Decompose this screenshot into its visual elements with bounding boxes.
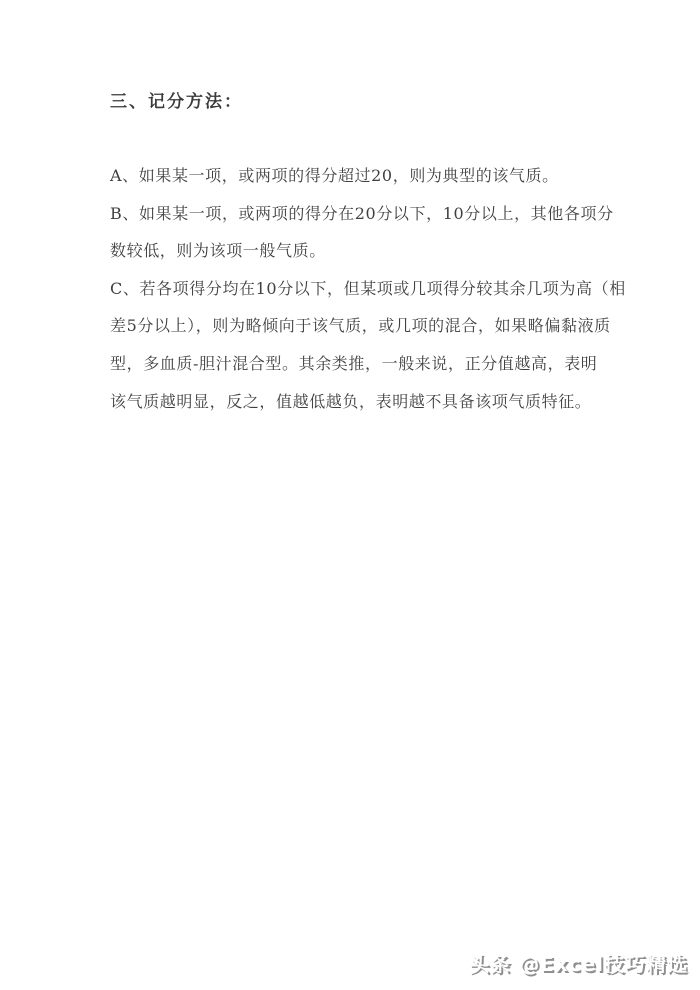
text-line: A、如果某一项，或两项的得分超过20，则为典型的该气质。 — [110, 157, 606, 195]
document-page: 三、记分方法： A、如果某一项，或两项的得分超过20，则为典型的该气质。 B、如… — [0, 0, 700, 990]
text-line: C、若各项得分均在10分以下，但某项或几项得分较其余几项为高（相 — [110, 270, 606, 308]
text-line: 该气质越明显，反之，值越低越负，表明越不具备该项气质特征。 — [110, 383, 606, 421]
text-line: 数较低，则为该项一般气质。 — [110, 232, 606, 270]
text-line: 差5分以上），则为略倾向于该气质，或几项的混合，如果略偏黏液质 — [110, 307, 606, 345]
paragraph-c: C、若各项得分均在10分以下，但某项或几项得分较其余几项为高（相 差5分以上），… — [110, 270, 606, 420]
text-line: 型，多血质-胆汁混合型。其余类推，一般来说，正分值越高，表明 — [110, 345, 606, 383]
watermark-toutiao-excel: 头条 @Excel技巧精选 — [469, 948, 688, 977]
section-heading: 三、记分方法： — [110, 88, 606, 116]
document-body: 三、记分方法： A、如果某一项，或两项的得分超过20，则为典型的该气质。 B、如… — [110, 88, 606, 420]
text-line: B、如果某一项，或两项的得分在20分以下，10分以上，其他各项分 — [110, 195, 606, 233]
paragraph-a: A、如果某一项，或两项的得分超过20，则为典型的该气质。 — [110, 157, 606, 195]
paragraph-b: B、如果某一项，或两项的得分在20分以下，10分以上，其他各项分 数较低，则为该… — [110, 195, 606, 270]
